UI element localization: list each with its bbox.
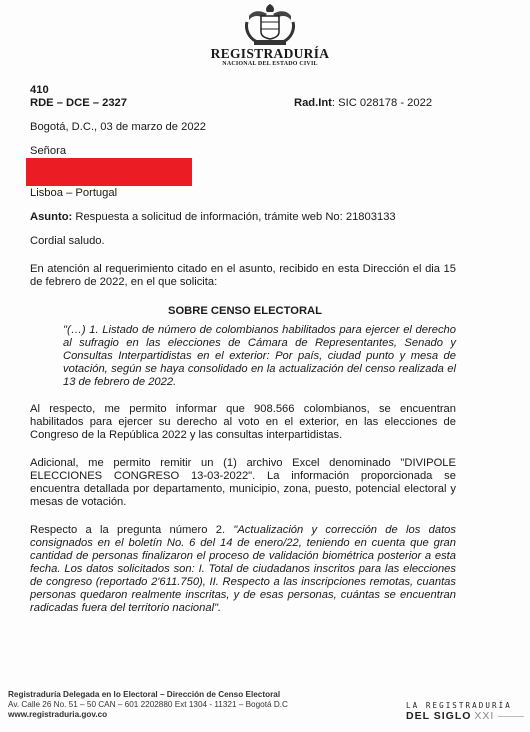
subject-text: Respuesta a solicitud de información, tr… <box>72 211 395 223</box>
paragraph-habilitados: Al respecto, me permito informar que 908… <box>30 403 456 442</box>
coat-of-arms-icon <box>239 2 301 46</box>
footer-website[interactable]: www.registraduria.gov.co <box>8 710 288 720</box>
section-heading: SOBRE CENSO ELECTORAL <box>0 305 490 318</box>
reference-number: 410 <box>30 84 49 97</box>
date-line: Bogotá, D.C., 03 de marzo de 2022 <box>30 121 206 134</box>
reference-code: RDE – DCE – 2327 <box>30 97 127 110</box>
logo-title: REGISTRADURÍA <box>180 47 360 61</box>
registraduria-logo: REGISTRADURÍA NACIONAL DEL ESTADO CIVIL <box>180 2 360 68</box>
subject-line: Asunto: Respuesta a solicitud de informa… <box>30 211 396 224</box>
quote-question-1: "(…) 1. Listado de número de colombianos… <box>63 324 456 389</box>
slogan-del-siglo: DEL SIGLO <box>406 710 471 722</box>
paragraph-excel: Adicional, me permito remitir un (1) arc… <box>30 457 456 509</box>
slogan-line-2: DEL SIGLO XXI <box>406 710 524 722</box>
footer-address: Av. Calle 26 No. 51 – 50 CAN – 601 22028… <box>8 700 288 710</box>
subject-label: Asunto: <box>30 211 72 223</box>
slogan-line-1: LA REGISTRADURÍA <box>406 701 524 710</box>
recipient-name-redaction <box>26 158 192 186</box>
question-2-quote: "Actualización y corrección de los datos… <box>30 524 456 614</box>
rad-value: : SIC 028178 - 2022 <box>332 97 432 109</box>
slogan-divider <box>498 716 524 717</box>
salutation-title: Señora <box>30 145 66 158</box>
footer-slogan: LA REGISTRADURÍA DEL SIGLO XXI <box>406 701 524 722</box>
footer-office: Registraduría Delegada en lo Electoral –… <box>8 690 288 700</box>
greeting: Cordial saludo. <box>30 235 105 248</box>
question-2-lead: Respecto a la pregunta número 2. <box>30 524 233 536</box>
footer-contact: Registraduría Delegada en lo Electoral –… <box>8 690 288 720</box>
paragraph-question-2: Respecto a la pregunta número 2. "Actual… <box>30 524 456 615</box>
logo-subtitle: NACIONAL DEL ESTADO CIVIL <box>180 61 360 68</box>
rad-label: Rad.Int <box>294 97 332 109</box>
slogan-xxi: XXI <box>474 710 494 722</box>
intro-paragraph: En atención al requerimiento citado en e… <box>30 263 456 289</box>
rad-int: Rad.Int: SIC 028178 - 2022 <box>294 97 432 110</box>
recipient-location: Lisboa – Portugal <box>30 187 117 200</box>
